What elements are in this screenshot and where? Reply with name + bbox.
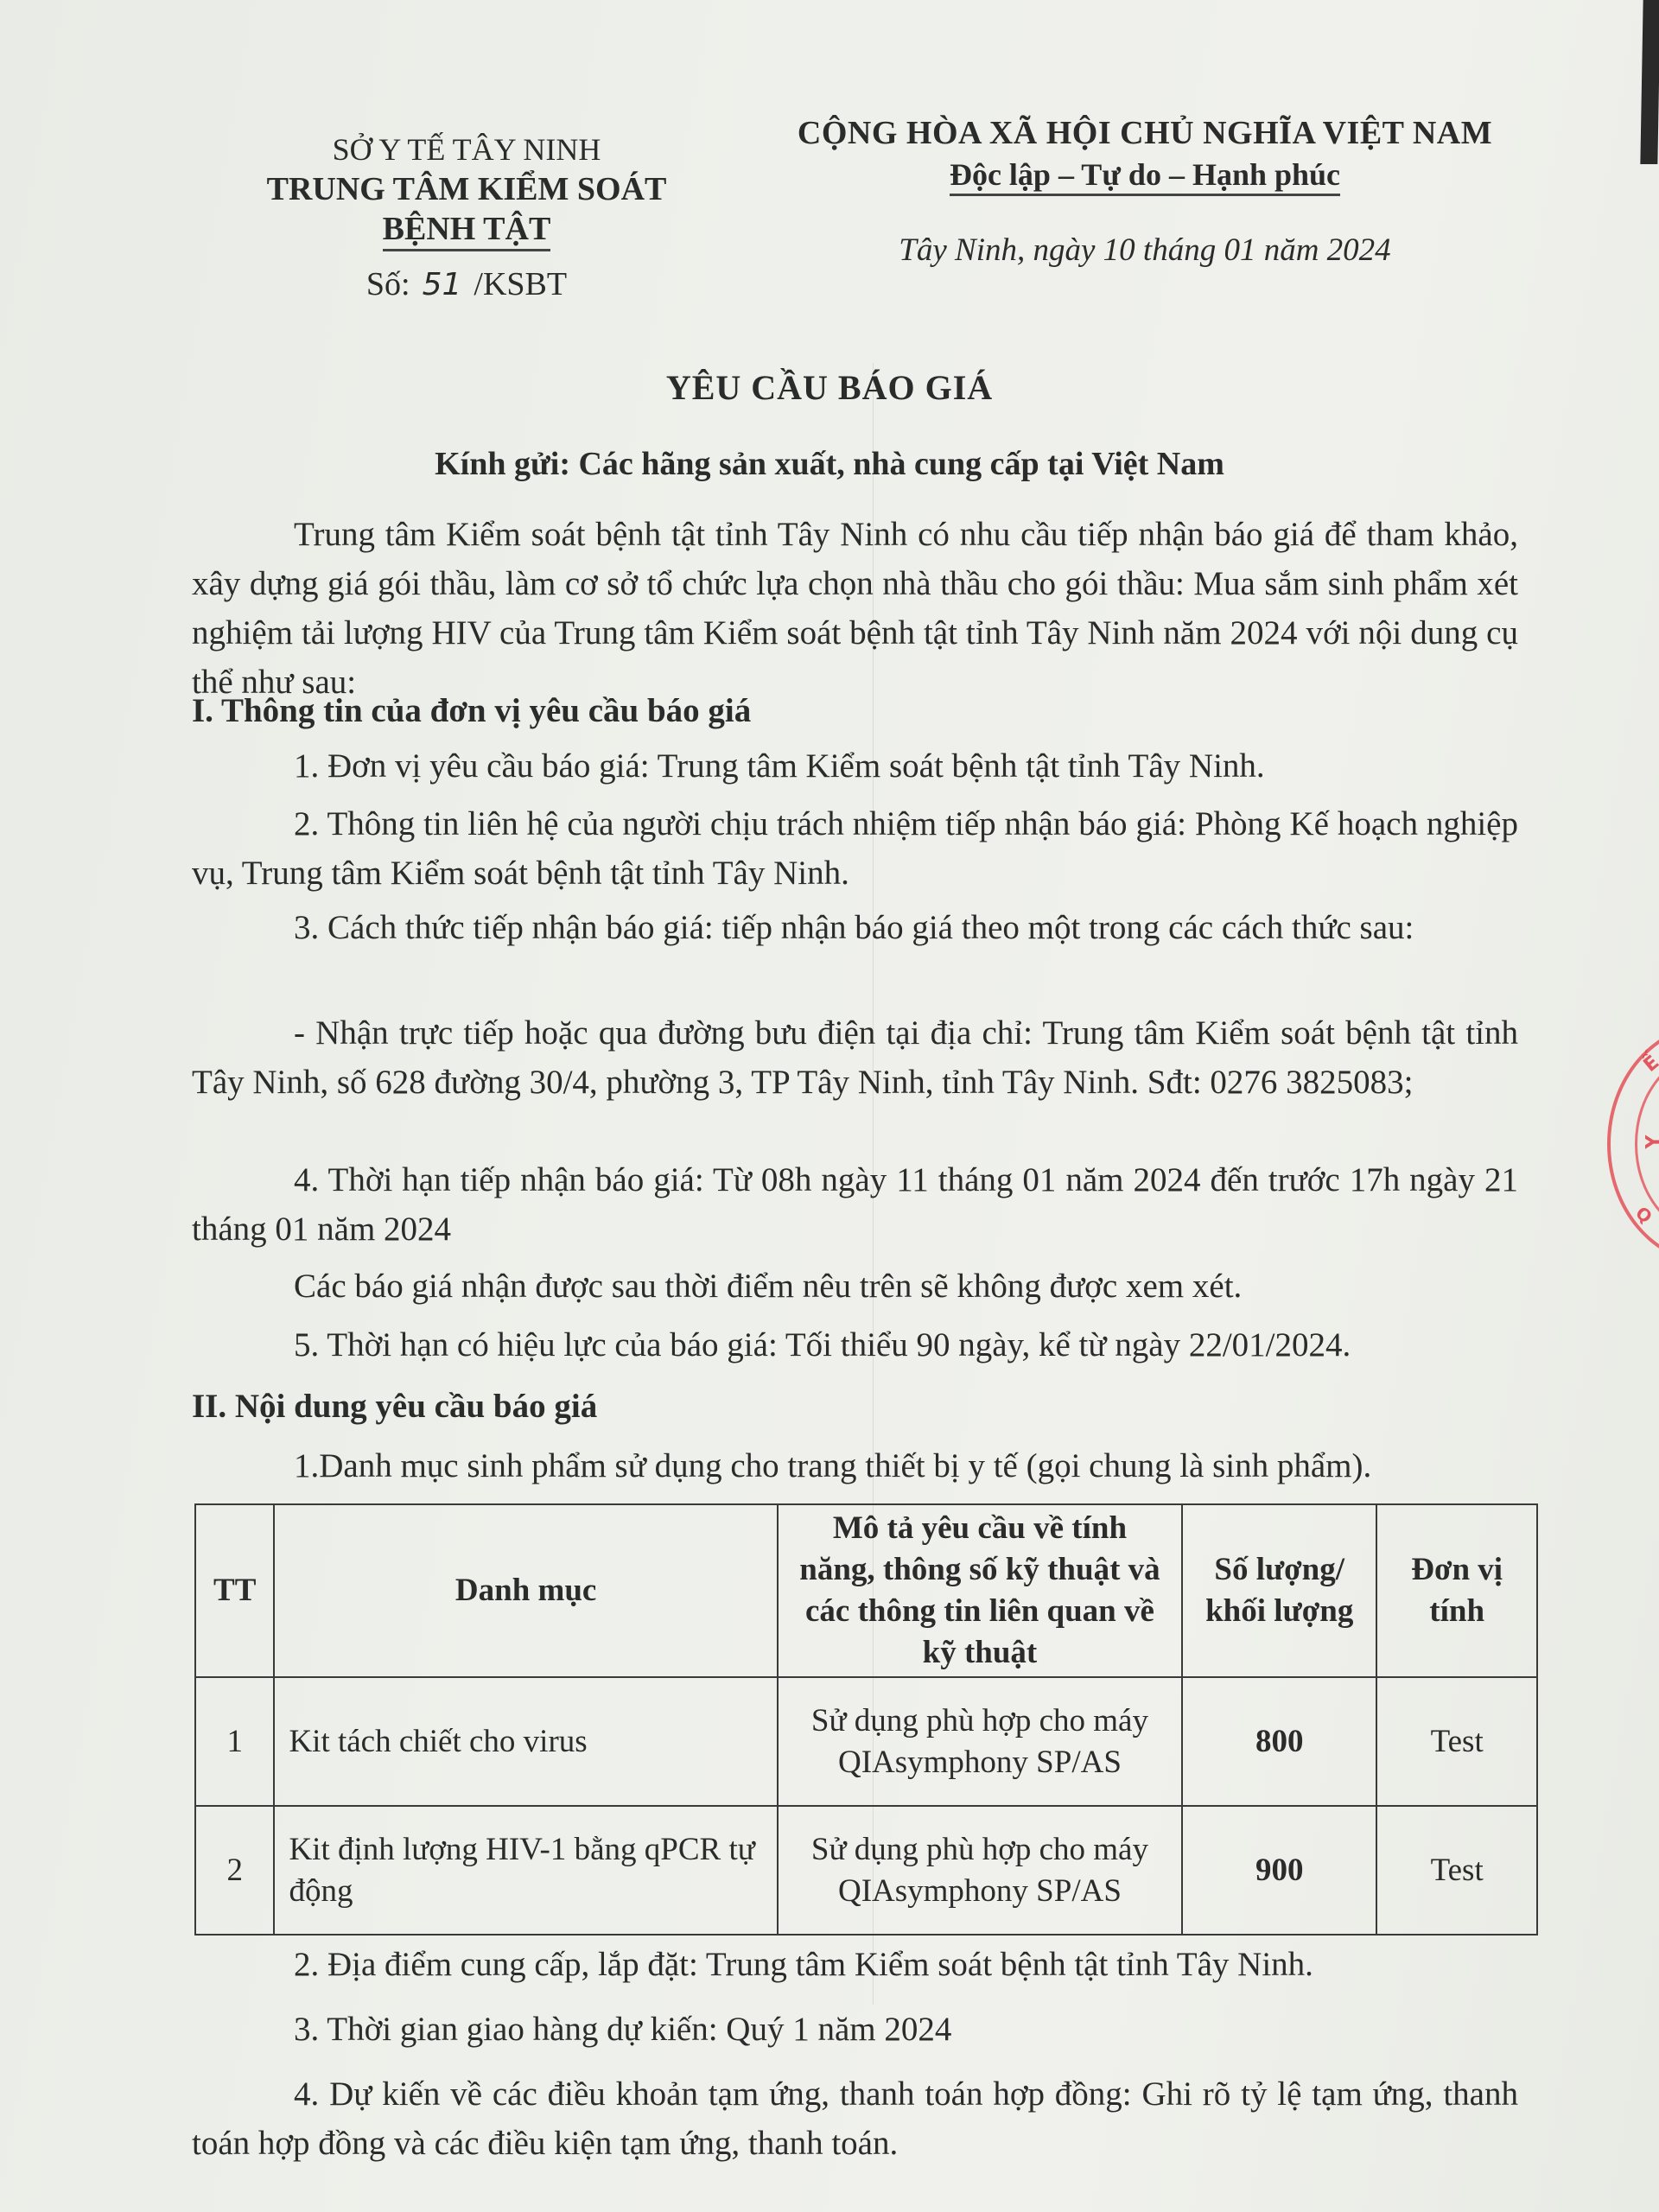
section-1-heading: I. Thông tin của đơn vị yêu cầu báo giá (192, 691, 751, 730)
intro-paragraph: Trung tâm Kiểm soát bệnh tật tỉnh Tây Ni… (192, 510, 1518, 707)
document-date: Tây Ninh, ngày 10 tháng 01 năm 2024 (743, 230, 1547, 271)
col-don-vi: Đơn vị tính (1376, 1504, 1537, 1677)
section-2-item-4: 4. Dự kiến về các điều khoản tạm ứng, th… (192, 2069, 1518, 2168)
col-mo-ta: Mô tả yêu cầu về tính năng, thông số kỹ … (778, 1504, 1182, 1677)
section-2-heading: II. Nội dung yêu cầu báo giá (192, 1387, 597, 1426)
official-red-stamp: Ế Y T K Q (1607, 1024, 1659, 1264)
table-row: 1 Kit tách chiết cho virus Sử dụng phù h… (195, 1677, 1537, 1806)
document-page: SỞ Y TẾ TÂY NINH TRUNG TÂM KIỂM SOÁT BỆN… (0, 0, 1659, 2212)
salutation: Kính gửi: Các hãng sản xuất, nhà cung cấ… (0, 445, 1659, 483)
table-row: 2 Kit định lượng HIV-1 bằng qPCR tự động… (195, 1806, 1537, 1935)
national-motto: Độc lập – Tự do – Hạnh phúc (743, 154, 1547, 195)
col-so-luong: Số lượng/ khối lượng (1182, 1504, 1376, 1677)
document-number: Số:51/KSBT (216, 264, 717, 305)
section-2-item-3: 3. Thời gian giao hàng dự kiến: Quý 1 nă… (192, 2005, 1518, 2054)
section-1-item-5: 5. Thời hạn có hiệu lực của báo giá: Tối… (192, 1320, 1518, 1370)
national-header-block: CỘNG HÒA XÃ HỘI CHỦ NGHĨA VIỆT NAM Độc l… (743, 112, 1547, 271)
section-1-item-3-sub: - Nhận trực tiếp hoặc qua đường bưu điện… (192, 1008, 1518, 1107)
device-edge (1640, 0, 1659, 164)
section-2-item-1: 1.Danh mục sinh phẩm sử dụng cho trang t… (192, 1441, 1518, 1491)
section-1-item-1: 1. Đơn vị yêu cầu báo giá: Trung tâm Kiể… (192, 741, 1518, 791)
document-title: YÊU CẦU BÁO GIÁ (0, 367, 1659, 408)
product-table: TT Danh mục Mô tả yêu cầu về tính năng, … (194, 1503, 1538, 1935)
section-1-item-4-note: Các báo giá nhận được sau thời điểm nêu … (192, 1262, 1518, 1311)
col-danh-muc: Danh mục (274, 1504, 777, 1677)
agency-name-line1: TRUNG TÂM KIỂM SOÁT (216, 169, 717, 209)
section-1-item-4: 4. Thời hạn tiếp nhận báo giá: Từ 08h ng… (192, 1155, 1518, 1254)
table-header-row: TT Danh mục Mô tả yêu cầu về tính năng, … (195, 1504, 1537, 1677)
section-1-item-3: 3. Cách thức tiếp nhận báo giá: tiếp nhậ… (192, 903, 1518, 952)
section-2-item-2: 2. Địa điểm cung cấp, lắp đặt: Trung tâm… (192, 1940, 1518, 1989)
section-1-item-2: 2. Thông tin liên hệ của người chịu trác… (192, 799, 1518, 898)
national-title: CỘNG HÒA XÃ HỘI CHỦ NGHĨA VIỆT NAM (743, 112, 1547, 154)
handwritten-number: 51 (423, 267, 462, 302)
issuing-agency-block: SỞ Y TẾ TÂY NINH TRUNG TÂM KIỂM SOÁT BỆN… (216, 130, 717, 305)
agency-name-line2: BỆNH TẬT (216, 209, 717, 249)
col-tt: TT (195, 1504, 274, 1677)
parent-agency: SỞ Y TẾ TÂY NINH (216, 130, 717, 169)
